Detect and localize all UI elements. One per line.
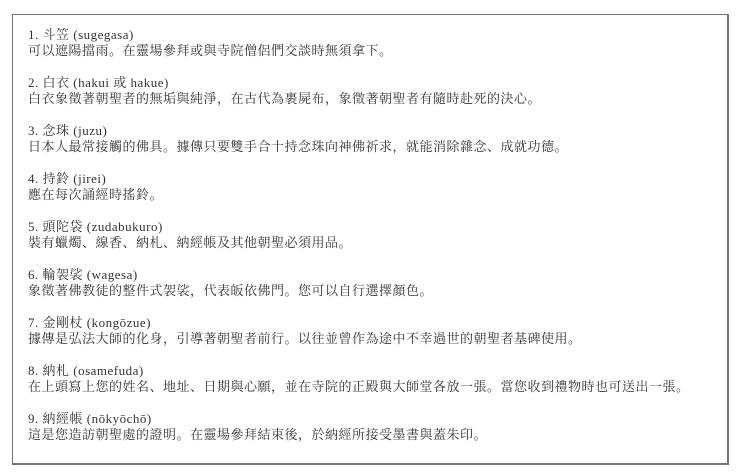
item-description: 應在每次誦經時搖鈴。 [28, 187, 713, 203]
item-title: 5. 頭陀袋 (zudabukuro) [28, 219, 713, 235]
item-title: 8. 納札 (osamefuda) [28, 363, 713, 379]
document-page: 1. 斗笠 (sugegasa)可以遮陽擋雨。在靈場參拜或與寺院僧侶們交談時無須… [0, 0, 740, 474]
content-frame: 1. 斗笠 (sugegasa)可以遮陽擋雨。在靈場參拜或與寺院僧侶們交談時無須… [12, 14, 729, 465]
item-description: 白衣象徵著朝聖者的無垢與純淨，在古代為裹屍布，象徵著朝聖者有隨時赴死的決心。 [28, 91, 713, 107]
item-title: 2. 白衣 (hakui 或 hakue) [28, 75, 713, 91]
item-title: 7. 金剛杖 (kongōzue) [28, 315, 713, 331]
item-description: 可以遮陽擋雨。在靈場參拜或與寺院僧侶們交談時無須拿下。 [28, 43, 713, 59]
list-item: 3. 念珠 (juzu)日本人最常接觸的佛具。據傳只要雙手合十持念珠向神佛祈求，… [28, 123, 713, 155]
item-description: 據傳是弘法大師的化身，引導著朝聖者前行。以往並曾作為途中不幸過世的朝聖者基碑使用… [28, 331, 713, 347]
item-title: 3. 念珠 (juzu) [28, 123, 713, 139]
item-title: 9. 納經帳 (nōkyōchō) [28, 411, 713, 427]
item-title: 4. 持鈴 (jirei) [28, 171, 713, 187]
item-list: 1. 斗笠 (sugegasa)可以遮陽擋雨。在靈場參拜或與寺院僧侶們交談時無須… [28, 27, 713, 443]
item-title: 1. 斗笠 (sugegasa) [28, 27, 713, 43]
item-title: 6. 輪袈裟 (wagesa) [28, 267, 713, 283]
list-item: 4. 持鈴 (jirei)應在每次誦經時搖鈴。 [28, 171, 713, 203]
list-item: 8. 納札 (osamefuda)在上頭寫上您的姓名、地址、日期與心願，並在寺院… [28, 363, 713, 395]
list-item: 7. 金剛杖 (kongōzue)據傳是弘法大師的化身，引導著朝聖者前行。以往並… [28, 315, 713, 347]
item-description: 在上頭寫上您的姓名、地址、日期與心願，並在寺院的正殿與大師堂各放一張。當您收到禮… [28, 379, 713, 395]
item-description: 這是您造訪朝聖處的證明。在靈場參拜結束後，於納經所接受墨書與蓋朱印。 [28, 427, 713, 443]
list-item: 6. 輪袈裟 (wagesa)象徵著佛教徒的整件式袈裟，代表皈依佛門。您可以自行… [28, 267, 713, 299]
list-item: 1. 斗笠 (sugegasa)可以遮陽擋雨。在靈場參拜或與寺院僧侶們交談時無須… [28, 27, 713, 59]
list-item: 9. 納經帳 (nōkyōchō)這是您造訪朝聖處的證明。在靈場參拜結束後，於納… [28, 411, 713, 443]
item-description: 日本人最常接觸的佛具。據傳只要雙手合十持念珠向神佛祈求，就能消除雜念、成就功德。 [28, 139, 713, 155]
item-description: 象徵著佛教徒的整件式袈裟，代表皈依佛門。您可以自行選擇顏色。 [28, 283, 713, 299]
list-item: 2. 白衣 (hakui 或 hakue)白衣象徵著朝聖者的無垢與純淨，在古代為… [28, 75, 713, 107]
item-description: 裝有蠟燭、線香、納札、納經帳及其他朝聖必須用品。 [28, 235, 713, 251]
list-item: 5. 頭陀袋 (zudabukuro)裝有蠟燭、線香、納札、納經帳及其他朝聖必須… [28, 219, 713, 251]
